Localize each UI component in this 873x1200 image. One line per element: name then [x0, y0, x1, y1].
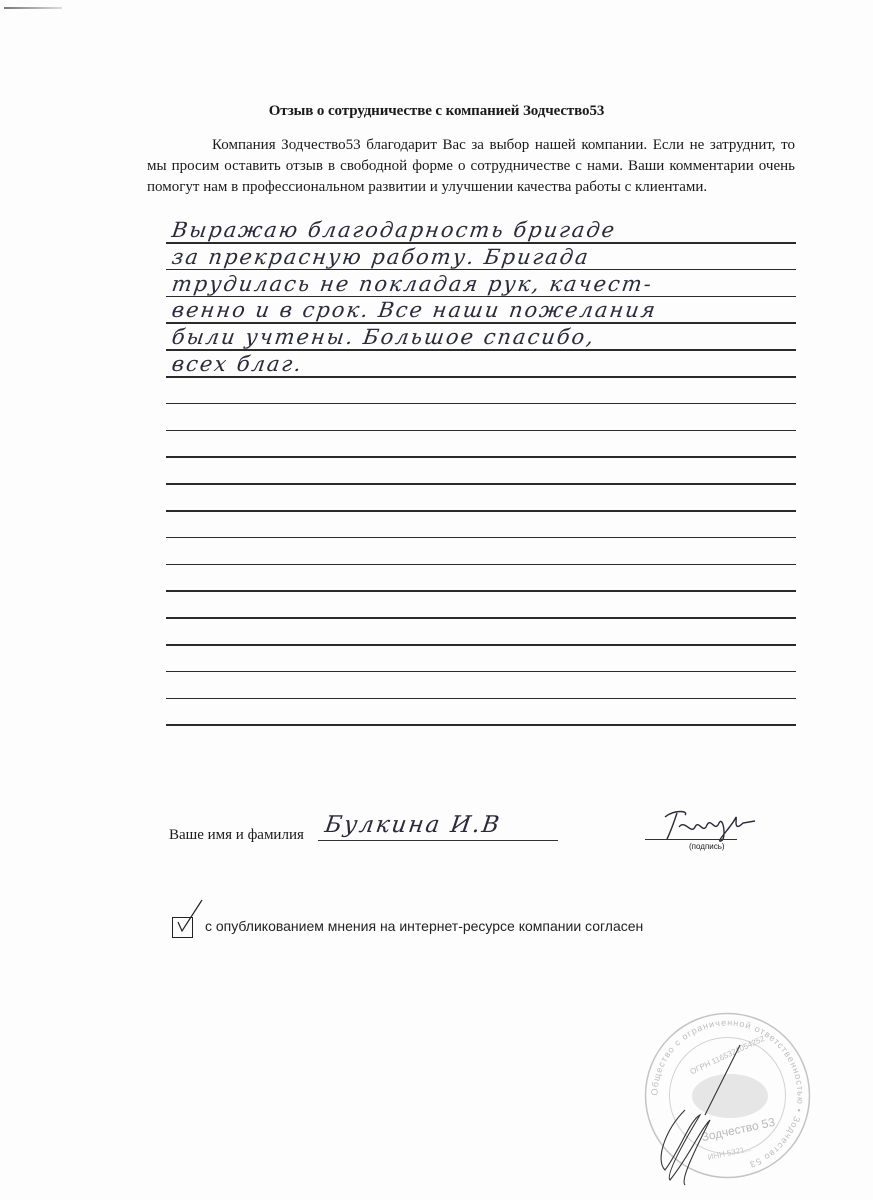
ruled-line	[166, 376, 796, 378]
intro-paragraph: Компания Зодчество53 благодарит Вас за в…	[147, 135, 795, 198]
ruled-line	[166, 671, 796, 673]
ruled-line	[166, 617, 796, 619]
handwritten-line: Выражаю благодарность бригаде	[170, 218, 618, 242]
ruled-line	[166, 349, 796, 351]
ruled-line	[166, 564, 796, 566]
ruled-line	[166, 644, 796, 646]
handwritten-line: за прекрасную работу. Бригада	[170, 245, 591, 269]
handwritten-line: были учтены. Большое спасибо,	[170, 325, 596, 349]
scan-artifact	[4, 7, 62, 9]
handwritten-line: всех благ.	[170, 352, 304, 376]
name-underline	[318, 840, 558, 841]
ruled-line	[166, 403, 796, 405]
stamp-signature	[645, 1040, 755, 1190]
ruled-line	[166, 724, 796, 726]
ruled-line	[166, 698, 796, 700]
ruled-line	[166, 430, 796, 432]
handwritten-line: венно и в срок. Все наши пожелания	[170, 298, 658, 322]
ruled-line	[166, 537, 796, 539]
ruled-line	[166, 510, 796, 512]
ruled-line	[166, 590, 796, 592]
ruled-line	[166, 483, 796, 485]
ruled-line	[166, 322, 796, 324]
name-label: Ваше имя и фамилия	[169, 827, 304, 844]
handwritten-line: трудилась не покладая рук, качест-	[170, 272, 654, 296]
signature-underline	[645, 839, 737, 840]
ruled-line	[166, 456, 796, 458]
consent-label: с опубликованием мнения на интернет-ресу…	[205, 918, 643, 934]
ruled-line	[166, 269, 796, 271]
name-value[interactable]: Булкина И.В	[323, 812, 503, 838]
intro-text: Компания Зодчество53 благодарит Вас за в…	[147, 135, 795, 198]
ruled-line	[166, 242, 796, 244]
document-title: Отзыв о сотрудничестве с компанией Зодче…	[0, 103, 873, 120]
signature-label: (подпись)	[689, 842, 725, 851]
